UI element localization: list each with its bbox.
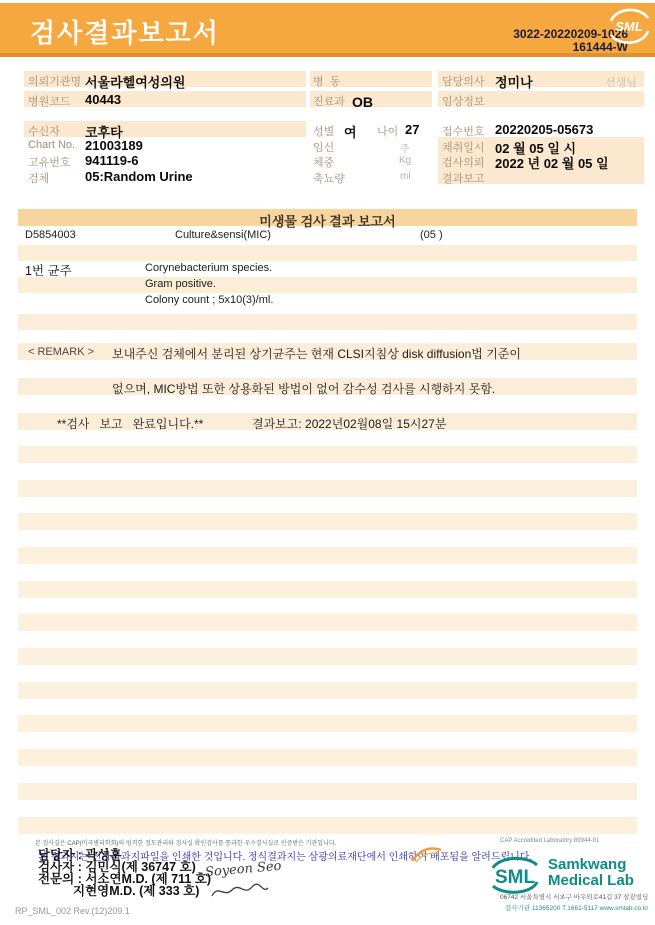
patient-label: 수신자 (28, 123, 60, 139)
micro-finding-2: Gram positive. (145, 278, 216, 290)
clinical-info-label: 임상정보 (442, 93, 485, 109)
micro-row-band (18, 314, 637, 330)
weight-unit: Kg (399, 155, 411, 166)
specimen-value: 05:Random Urine (85, 169, 193, 184)
receipt-no-value: 20220205-05673 (495, 122, 593, 137)
urine-vol-unit: ml (400, 171, 411, 182)
empty-row-band (18, 648, 637, 665)
micro-finding-3: Colony count ; 5x10(3)/ml. (145, 294, 273, 306)
org-value: 서울라헬여성의원 (85, 72, 185, 91)
remark-line-2: 없으며, MIC방법 또한 상용화된 방법이 없어 감수성 검사를 시행하지 못… (112, 380, 495, 397)
empty-row-band (18, 817, 637, 834)
org-label: 의뢰기관명 (28, 73, 81, 89)
report-time-text: 결과보고: 2022년02월08일 15시27분 (252, 415, 446, 432)
micro-test-name: Culture&sensi(MIC) (175, 229, 271, 241)
lab-address: 06742 서울특별시 서초구 바우뫼로41길 37 삼광빌딩 (500, 892, 648, 901)
requested-value: 2022 년 02 월 05 일 (495, 153, 609, 172)
lab-name-line-1: Samkwang (548, 856, 626, 873)
urine-vol-label: 축뇨량 (313, 170, 345, 186)
weight-label: 체중 (313, 154, 334, 170)
header-bottom-strip (0, 53, 655, 57)
micro-specimen-code: (05 ) (420, 229, 443, 241)
uid-label: 고유번호 (28, 154, 71, 170)
lab-contact: 검사기관 11365200 T.1661-5117 www.smlab.co.k… (505, 903, 648, 912)
receipt-no-label: 접수번호 (442, 123, 485, 139)
doctor-label: 담당의사 (442, 73, 485, 89)
page-title: 검사결과보고서 (30, 13, 220, 50)
reported-label: 결과보고 (442, 170, 485, 186)
empty-row-band (18, 614, 637, 631)
micro-test-code: D5854003 (25, 229, 76, 241)
empty-row-band (18, 581, 637, 598)
cap-accreditation-number: CAP Accredited Laboratory 89944-01 (500, 838, 599, 844)
empty-row-band (18, 749, 637, 766)
patient-field-bar (24, 121, 306, 137)
sml-header-logo-icon: SML (604, 1, 654, 51)
empty-row-band (18, 480, 637, 497)
micro-row-band (18, 277, 637, 293)
report-complete-text: **검사 보고 완료입니다.** (57, 415, 203, 432)
chart-no-label: Chart No. (28, 139, 75, 151)
dept-value: OB (352, 94, 373, 110)
dept-label: 진료과 (313, 93, 345, 109)
lab-report-page: 검사결과보고서 3022-20220209-1026 161444-W SML … (0, 0, 655, 925)
micro-finding-1: Corynebacterium species. (145, 262, 272, 274)
age-label: 나이 (377, 123, 398, 139)
specimen-label: 검체 (28, 170, 49, 186)
remark-line-1: 보내주신 검체에서 분리된 상기균주는 현재 CLSI지침상 disk diff… (112, 345, 521, 362)
chart-no-value: 21003189 (85, 138, 143, 153)
orange-swoosh-mark (410, 844, 444, 864)
collected-label: 채취일시 (442, 139, 485, 155)
remark-label: < REMARK > (28, 346, 94, 358)
hospital-code-value: 40443 (85, 92, 121, 107)
empty-row-band (18, 513, 637, 530)
doctor-value: 정미나 (495, 72, 533, 91)
empty-row-band (18, 715, 637, 732)
sex-value: 여 (344, 122, 357, 141)
micro-section-title: 미생물 검사 결과 보고서 (18, 211, 637, 230)
lab-name-line-2: Medical Lab (548, 872, 634, 889)
doctor-suffix: 선생님 (605, 74, 637, 90)
requested-label: 검사의뢰 (442, 154, 485, 170)
pregnancy-label: 임신 (313, 139, 334, 155)
age-value: 27 (405, 122, 419, 137)
pregnancy-unit: 주 (400, 140, 410, 155)
empty-row-band (18, 446, 637, 463)
specialist-signature-2 (210, 882, 270, 902)
ward-label: 병 동 (313, 73, 340, 89)
doc-form-code: RP_SML_002 Rev.(12)209.1 (15, 906, 130, 916)
micro-row-band (18, 245, 637, 261)
specialist-name-2: 지현영M.D. (제 333 호) (73, 881, 199, 899)
empty-row-band (18, 783, 637, 800)
sex-label: 성별 (313, 123, 334, 139)
hospital-code-label: 병원코드 (28, 93, 71, 109)
empty-row-band (18, 547, 637, 564)
empty-row-band (18, 682, 637, 699)
svg-text:SML: SML (615, 19, 643, 34)
uid-value: 941119-6 (85, 153, 139, 168)
svg-text:SML: SML (495, 867, 536, 888)
